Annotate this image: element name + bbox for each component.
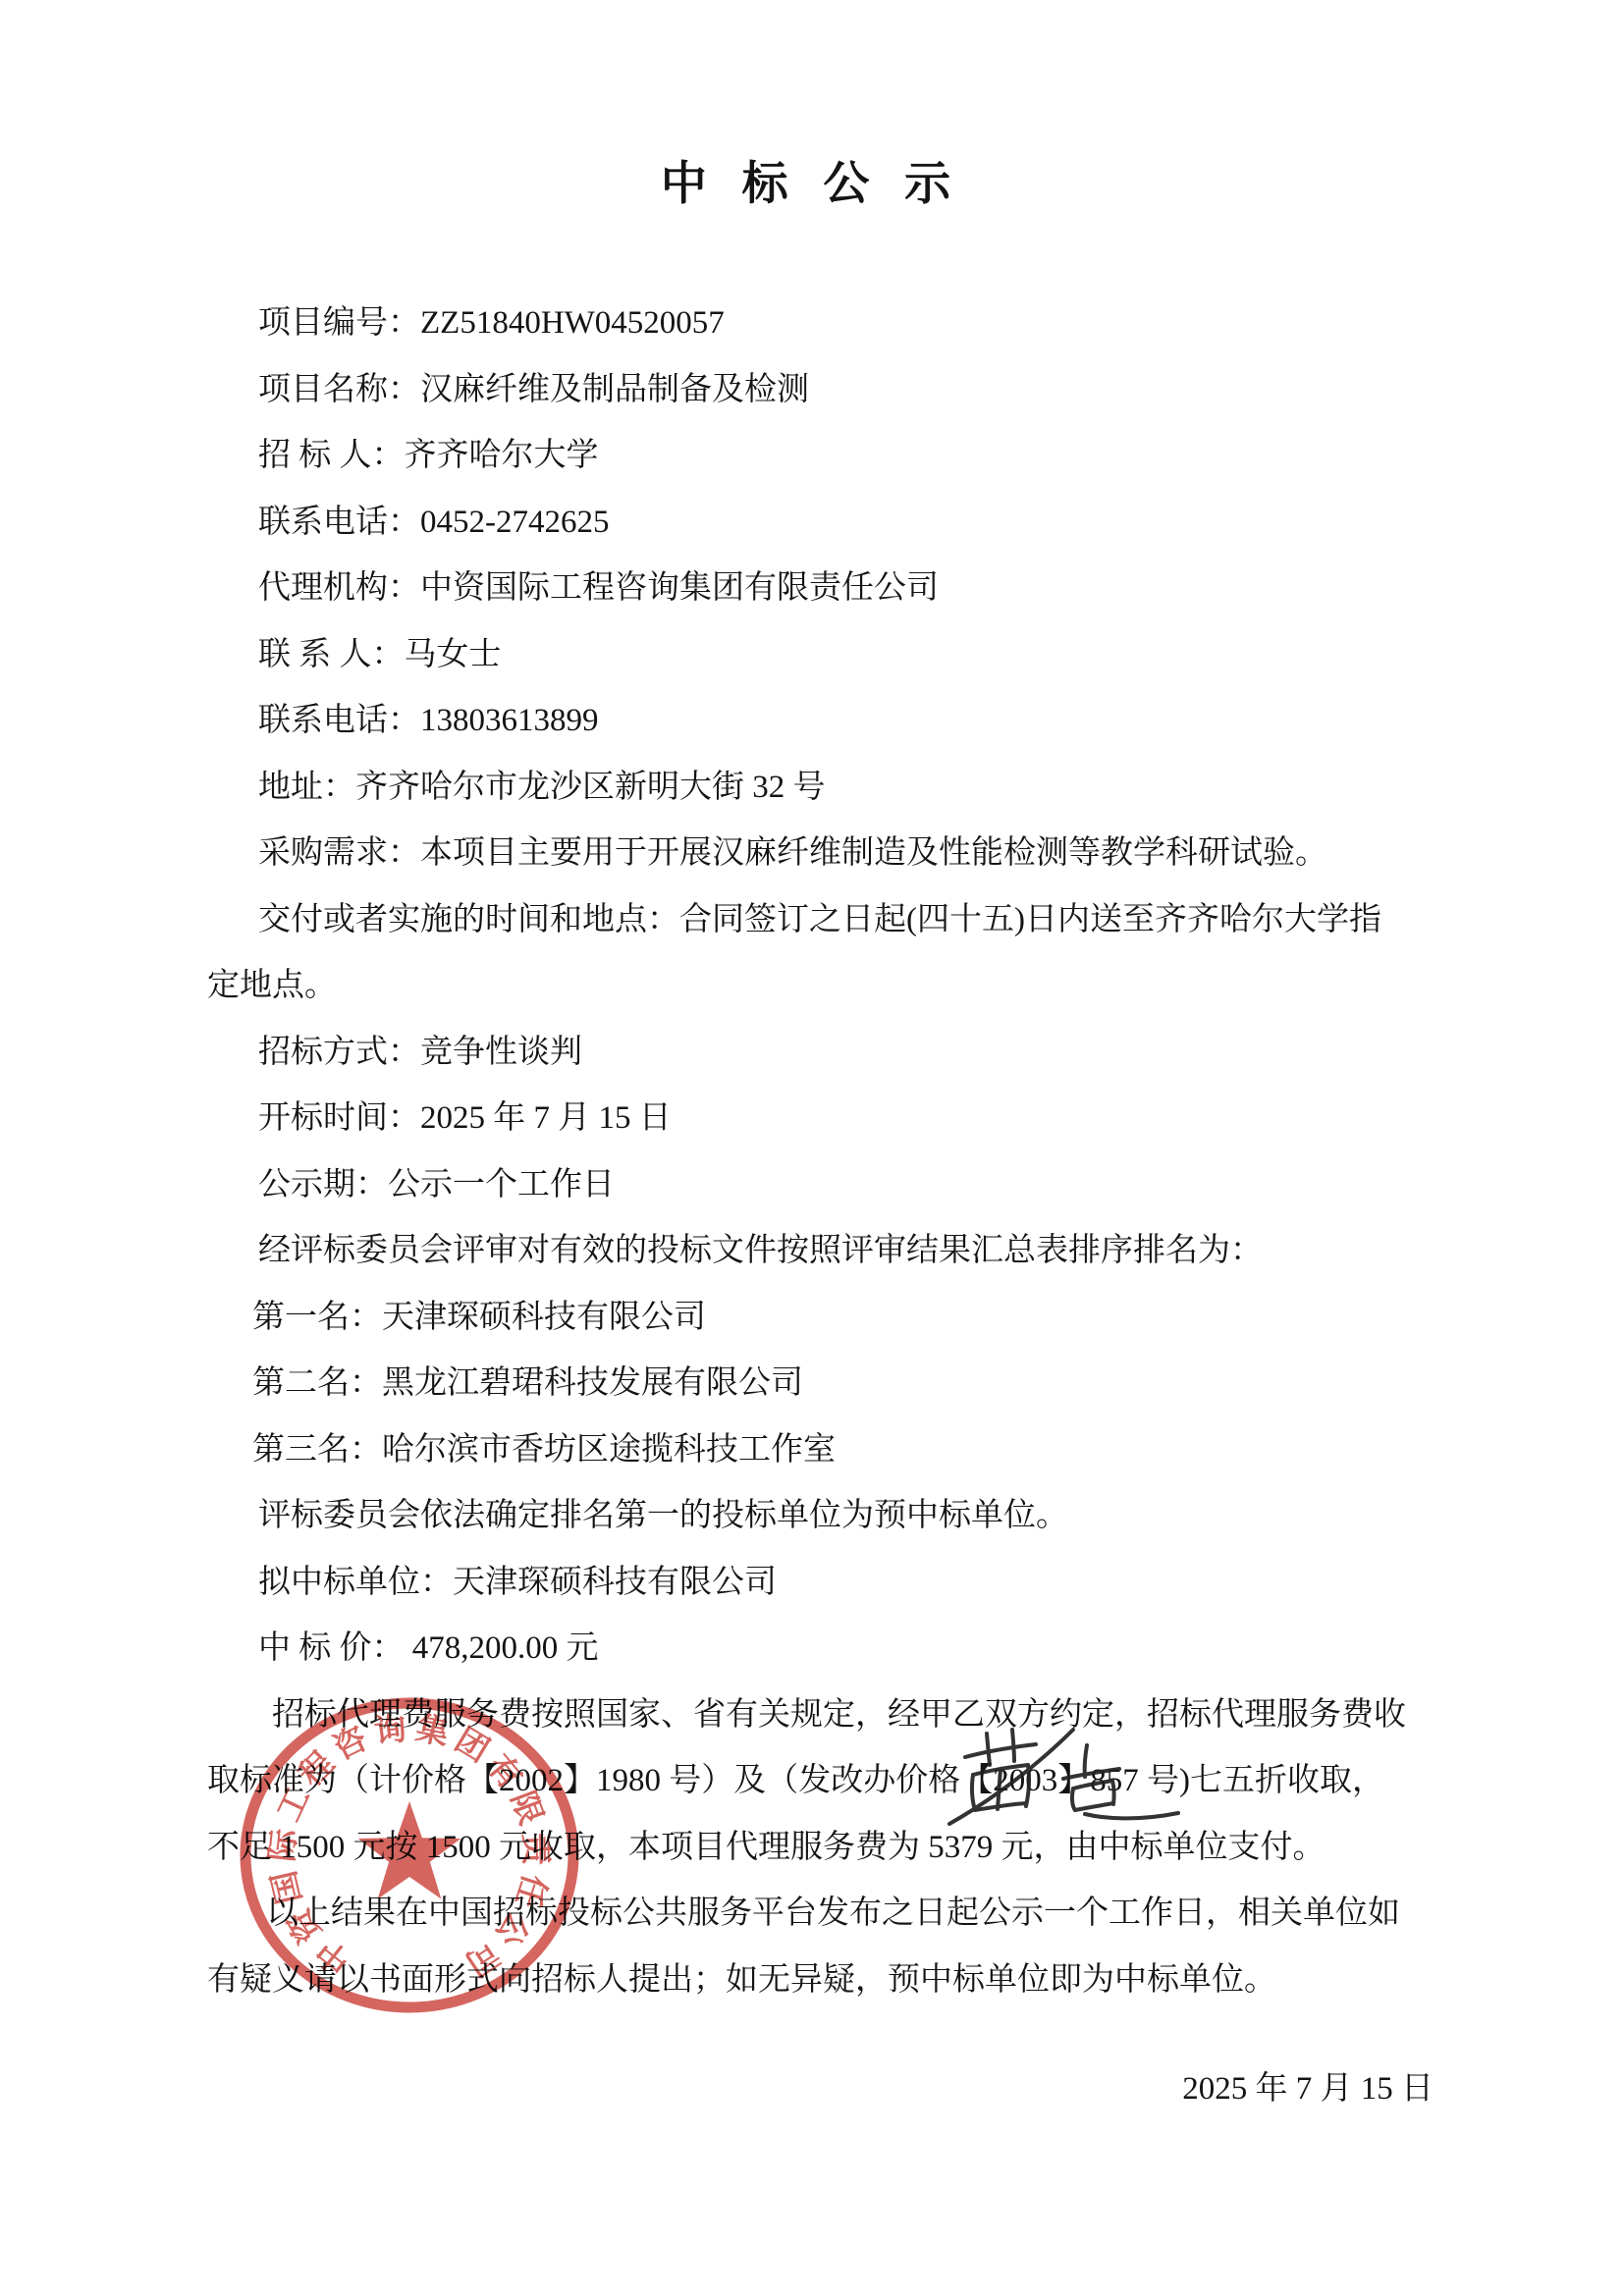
agency-fee-line-1: 招标代理费服务费按照国家、省有关规定，经甲乙双方约定，招标代理服务费收 [207, 1682, 1484, 1749]
field-tenderee: 招 标 人：齐齐哈尔大学 [207, 423, 1484, 490]
objection-line-2: 有疑义请以书面形式向招标人提出；如无异疑，预中标单位即为中标单位。 [207, 1948, 1484, 2014]
ranking-intro: 经评标委员会评审对有效的投标文件按照评审结果汇总表排序排名为： [207, 1218, 1484, 1285]
ranking-second: 第二名：黑龙江碧珺科技发展有限公司 [207, 1351, 1484, 1417]
field-agency: 代理机构：中资国际工程咨询集团有限责任公司 [207, 556, 1484, 622]
page-title: 中 标 公 示 [0, 147, 1623, 213]
field-delivery-line-1: 交付或者实施的时间和地点：合同签订之日起(四十五)日内送至齐齐哈尔大学指 [207, 887, 1484, 954]
agency-fee-line-3: 不足 1500 元按 1500 元收取，本项目代理服务费为 5379 元，由中标… [207, 1815, 1484, 1882]
field-tenderee-phone: 联系电话：0452-2742625 [207, 490, 1484, 557]
field-publicity-period: 公示期：公示一个工作日 [207, 1152, 1484, 1219]
field-tender-method: 招标方式：竞争性谈判 [207, 1020, 1484, 1087]
announcement-page: 中 标 公 示 项目编号：ZZ51840HW04520057 项目名称：汉麻纤维… [0, 0, 1623, 2296]
objection-line-1: 以上结果在中国招标投标公共服务平台发布之日起公示一个工作日，相关单位如 [207, 1881, 1484, 1948]
announcement-date: 2025 年 7 月 15 日 [0, 2056, 1434, 2123]
field-address: 地址：齐齐哈尔市龙沙区新明大街 32 号 [207, 755, 1484, 822]
field-contact-person: 联 系 人：马女士 [207, 622, 1484, 689]
field-contact-phone: 联系电话：13803613899 [207, 688, 1484, 755]
field-opening-time: 开标时间：2025 年 7 月 15 日 [207, 1086, 1484, 1152]
agency-fee-line-2: 取标准为（计价格【2002】1980 号）及（发改办价格【2003】857 号)… [207, 1748, 1484, 1815]
ranking-third: 第三名：哈尔滨市香坊区途揽科技工作室 [207, 1417, 1484, 1484]
field-winning-price: 中 标 价： 478,200.00 元 [207, 1616, 1484, 1682]
field-project-name: 项目名称：汉麻纤维及制品制备及检测 [207, 357, 1484, 424]
document-body: 项目编号：ZZ51840HW04520057 项目名称：汉麻纤维及制品制备及检测… [207, 291, 1484, 2013]
committee-decision: 评标委员会依法确定排名第一的投标单位为预中标单位。 [207, 1483, 1484, 1550]
field-procurement-demand: 采购需求：本项目主要用于开展汉麻纤维制造及性能检测等教学科研试验。 [207, 821, 1484, 887]
field-project-number: 项目编号：ZZ51840HW04520057 [207, 291, 1484, 357]
ranking-first: 第一名：天津琛硕科技有限公司 [207, 1285, 1484, 1352]
field-proposed-winner: 拟中标单位：天津琛硕科技有限公司 [207, 1550, 1484, 1617]
field-delivery-line-2: 定地点。 [207, 953, 1484, 1020]
